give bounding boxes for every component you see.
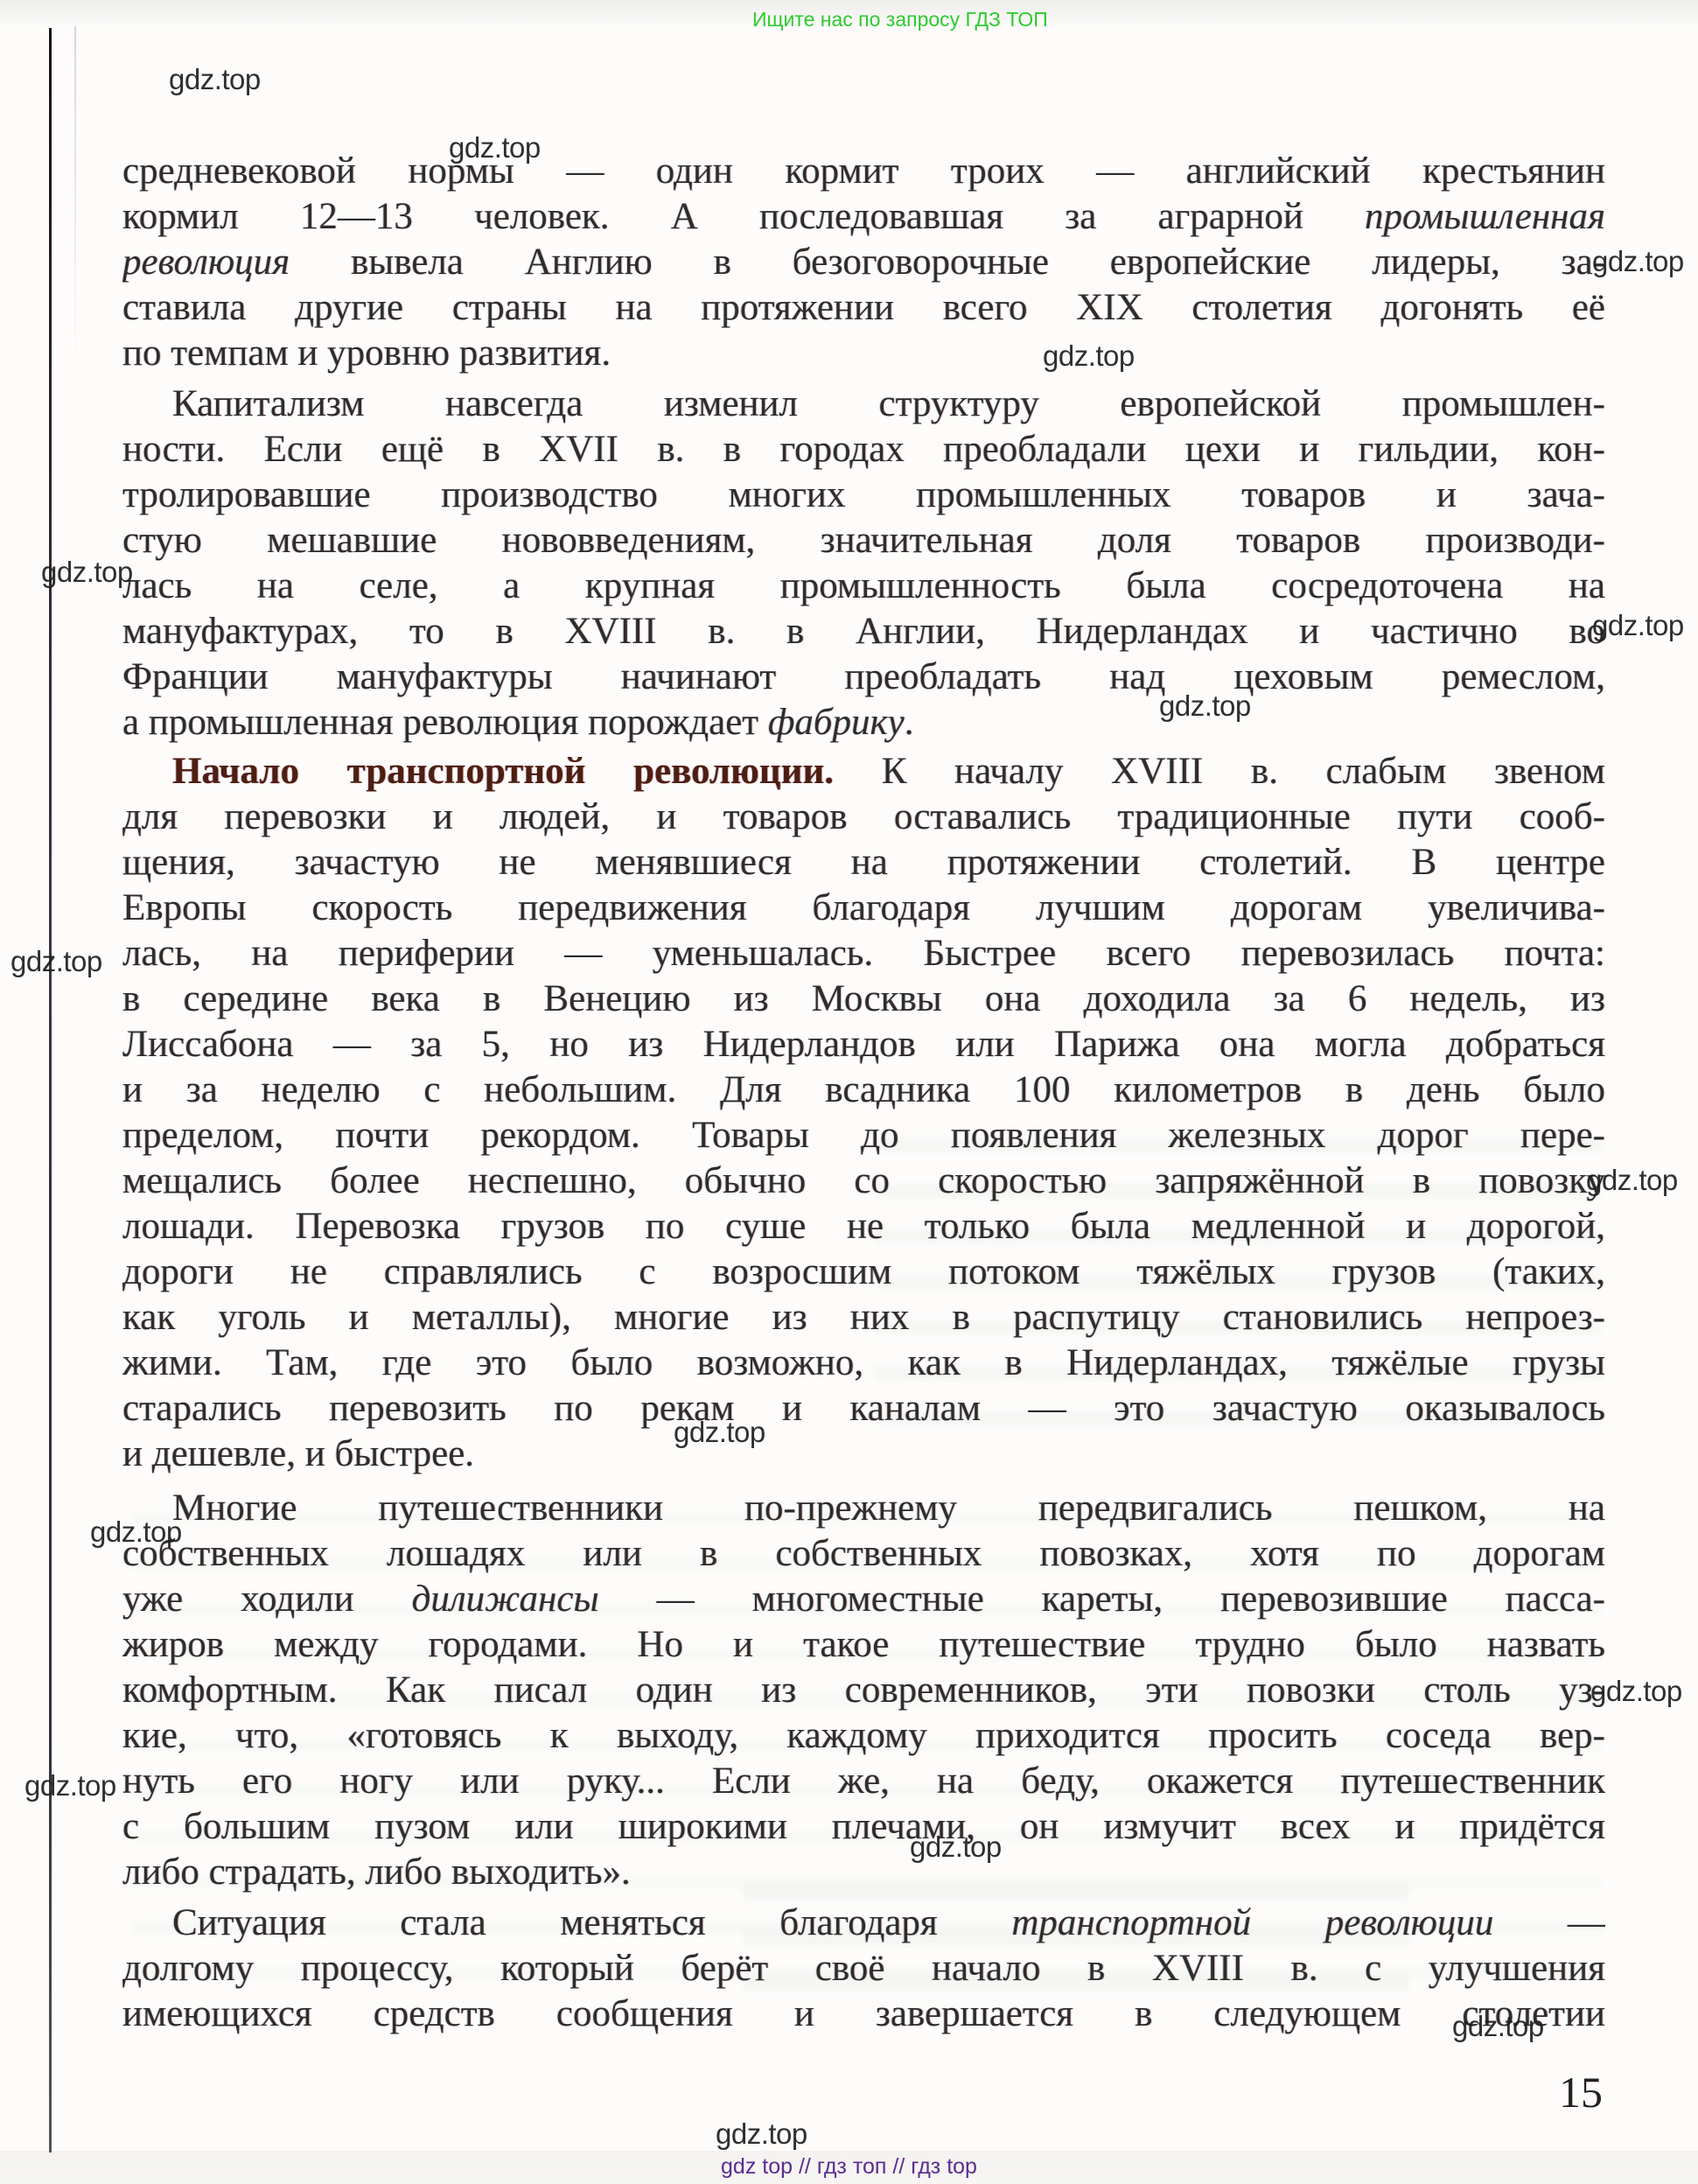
watermark: gdz.top [1586,1164,1678,1197]
page-fold-line [49,28,52,2152]
text-line: кие, что, «готовясь к выходу, каждому пр… [122,1713,1605,1759]
text-line: дороги не справлялись с возросшим потоко… [122,1249,1605,1295]
watermark: gdz.top [449,131,541,164]
watermark: gdz.top [1592,245,1684,278]
text-line: Европы скорость передвижения благодаря л… [122,885,1605,931]
book-page-scan: Ищите нас по запросу ГДЗ ТОП средневеков… [0,0,1698,2184]
text-line: комфортным. Как писал один из современни… [122,1668,1605,1713]
text-line: как уголь и металлы), многие из них в ра… [122,1295,1605,1340]
text-line: кормил 12—13 человек. А последовавшая за… [122,194,1605,240]
text-line: долгому процессу, который берёт своё нач… [122,1946,1605,1991]
text-line: уже ходили дилижансы — многоместные каре… [122,1577,1605,1622]
text-line: пределом, почти рекордом. Товары до появ… [122,1113,1605,1158]
text-line: щения, зачастую не менявшиеся на протяже… [122,840,1605,885]
watermark: gdz.top [169,63,261,96]
text-line: с большим пузом или широкими плечами, он… [122,1804,1605,1850]
text-line: тролировавшие производство многих промыш… [122,472,1605,518]
paragraph: средневековой нормы — один кормит троих … [122,149,1605,376]
text-line: лошади. Перевозка грузов по суше не толь… [122,1204,1605,1249]
watermark: gdz.top [90,1515,182,1549]
text-line: жиров между городами. Но и такое путешес… [122,1622,1605,1668]
page-number: 15 [1559,2067,1603,2117]
text-line: имеющихся средств сообщения и завершаетс… [122,1991,1605,2037]
paper-crease [74,26,76,376]
watermark: gdz.top [1592,609,1684,642]
watermark: gdz.top [910,1830,1002,1864]
text-line: лась на селе, а крупная промышленность б… [122,563,1605,609]
body-text: средневековой нормы — один кормит троих … [122,149,1605,2037]
text-line: для перевозки и людей, и товаров оставал… [122,794,1605,840]
text-line: Многие путешественники по-прежнему перед… [122,1486,1605,1531]
paragraph: Капитализм навсегда изменил структуру ев… [122,381,1605,745]
text-line: нуть его ногу или руку... Если же, на бе… [122,1759,1605,1804]
text-line: мануфактурах, то в XVIII в. в Англии, Ни… [122,609,1605,654]
text-line: революция вывела Англию в безоговорочные… [122,240,1605,285]
watermark: gdz.top [1590,1675,1682,1708]
footer-watermark-links: gdz top // гдз топ // гдз top [0,2154,1698,2180]
text-line: стую мешавшие нововведениям, значительна… [122,518,1605,563]
promo-notice: Ищите нас по запросу ГДЗ ТОП [752,8,1048,31]
watermark: gdz.top [716,2117,807,2151]
watermark: gdz.top [10,945,102,978]
paragraph: Ситуация стала меняться благодаря трансп… [122,1900,1605,2037]
paragraph: Многие путешественники по-прежнему перед… [122,1486,1605,1895]
paragraph: Начало транспортной революции. К началу … [122,749,1605,1477]
text-line: лась, на периферии — уменьшалась. Быстре… [122,931,1605,976]
text-line: Капитализм навсегда изменил структуру ев… [122,381,1605,427]
text-line: Лиссабона — за 5, но из Нидерландов или … [122,1022,1605,1067]
text-line: ставила другие страны на протяжении всег… [122,285,1605,331]
text-line: и за неделю с небольшим. Для всадника 10… [122,1067,1605,1113]
text-line: Ситуация стала меняться благодаря трансп… [122,1900,1605,1946]
text-line: жими. Там, где это было возможно, как в … [122,1340,1605,1386]
watermark: gdz.top [24,1769,116,1802]
text-line: собственных лошадях или в собственных по… [122,1531,1605,1577]
text-line: по темпам и уровню развития. [122,331,1605,376]
text-line: Начало транспортной революции. К началу … [122,749,1605,794]
watermark: gdz.top [674,1416,765,1449]
text-line: и дешевле, и быстрее. [122,1431,1605,1477]
text-line: ности. Если ещё в XVII в. в городах прео… [122,427,1605,472]
watermark: gdz.top [41,556,133,589]
watermark: gdz.top [1159,689,1251,723]
text-line: в середине века в Венецию из Москвы она … [122,976,1605,1022]
text-line: старались перевозить по рекам и каналам … [122,1386,1605,1431]
text-line: а промышленная революция порождает фабри… [122,700,1605,745]
text-line: Франции мануфактуры начинают преобладать… [122,654,1605,700]
text-line: либо страдать, либо выходить». [122,1850,1605,1895]
text-line: мещались более неспешно, обычно со скоро… [122,1158,1605,1204]
text-line: средневековой нормы — один кормит троих … [122,149,1605,194]
watermark: gdz.top [1452,2010,1544,2043]
watermark: gdz.top [1043,339,1135,373]
